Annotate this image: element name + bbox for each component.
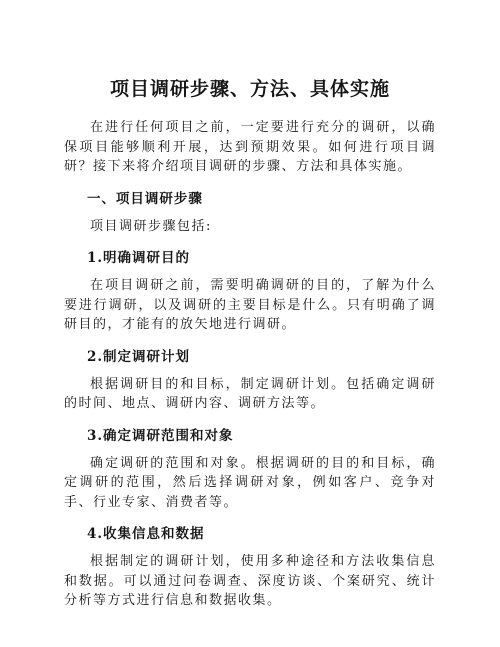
document-title: 项目调研步骤、方法、具体实施 bbox=[64, 76, 436, 102]
section-heading-collect-data: 4.收集信息和数据 bbox=[64, 525, 436, 543]
section-research-steps: 一、项目调研步骤 项目调研步骤包括: bbox=[64, 190, 436, 237]
section-heading-steps: 一、项目调研步骤 bbox=[64, 190, 436, 208]
section-body-scope-targets: 确定调研的范围和对象。根据调研的目的和目标，确定调研的范围，然后选择调研对象，例… bbox=[64, 454, 436, 513]
intro-paragraph: 在进行任何项目之前，一定要进行充分的调研，以确保项目能够顺利开展，达到预期效果。… bbox=[64, 118, 436, 177]
section-collect-data: 4.收集信息和数据 根据制定的调研计划，使用多种途径和方法收集信息和数据。可以通… bbox=[64, 525, 436, 611]
section-make-plan: 2.制定调研计划 根据调研目的和目标，制定调研计划。包括确定调研的时间、地点、调… bbox=[64, 348, 436, 414]
section-body-clarify-purpose: 在项目调研之前，需要明确调研的目的，了解为什么要进行调研，以及调研的主要目标是什… bbox=[64, 276, 436, 335]
section-heading-make-plan: 2.制定调研计划 bbox=[64, 348, 436, 366]
section-scope-targets: 3.确定调研范围和对象 确定调研的范围和对象。根据调研的目的和目标，确定调研的范… bbox=[64, 427, 436, 513]
section-body-steps: 项目调研步骤包括: bbox=[64, 217, 436, 237]
section-body-collect-data: 根据制定的调研计划，使用多种途径和方法收集信息和数据。可以通过问卷调查、深度访谈… bbox=[64, 552, 436, 611]
document-page: 项目调研步骤、方法、具体实施 在进行任何项目之前，一定要进行充分的调研，以确保项… bbox=[0, 0, 500, 647]
section-clarify-purpose: 1.明确调研目的 在项目调研之前，需要明确调研的目的，了解为什么要进行调研，以及… bbox=[64, 249, 436, 335]
section-body-make-plan: 根据调研目的和目标，制定调研计划。包括确定调研的时间、地点、调研内容、调研方法等… bbox=[64, 375, 436, 414]
section-heading-scope-targets: 3.确定调研范围和对象 bbox=[64, 427, 436, 445]
section-heading-clarify-purpose: 1.明确调研目的 bbox=[64, 249, 436, 267]
